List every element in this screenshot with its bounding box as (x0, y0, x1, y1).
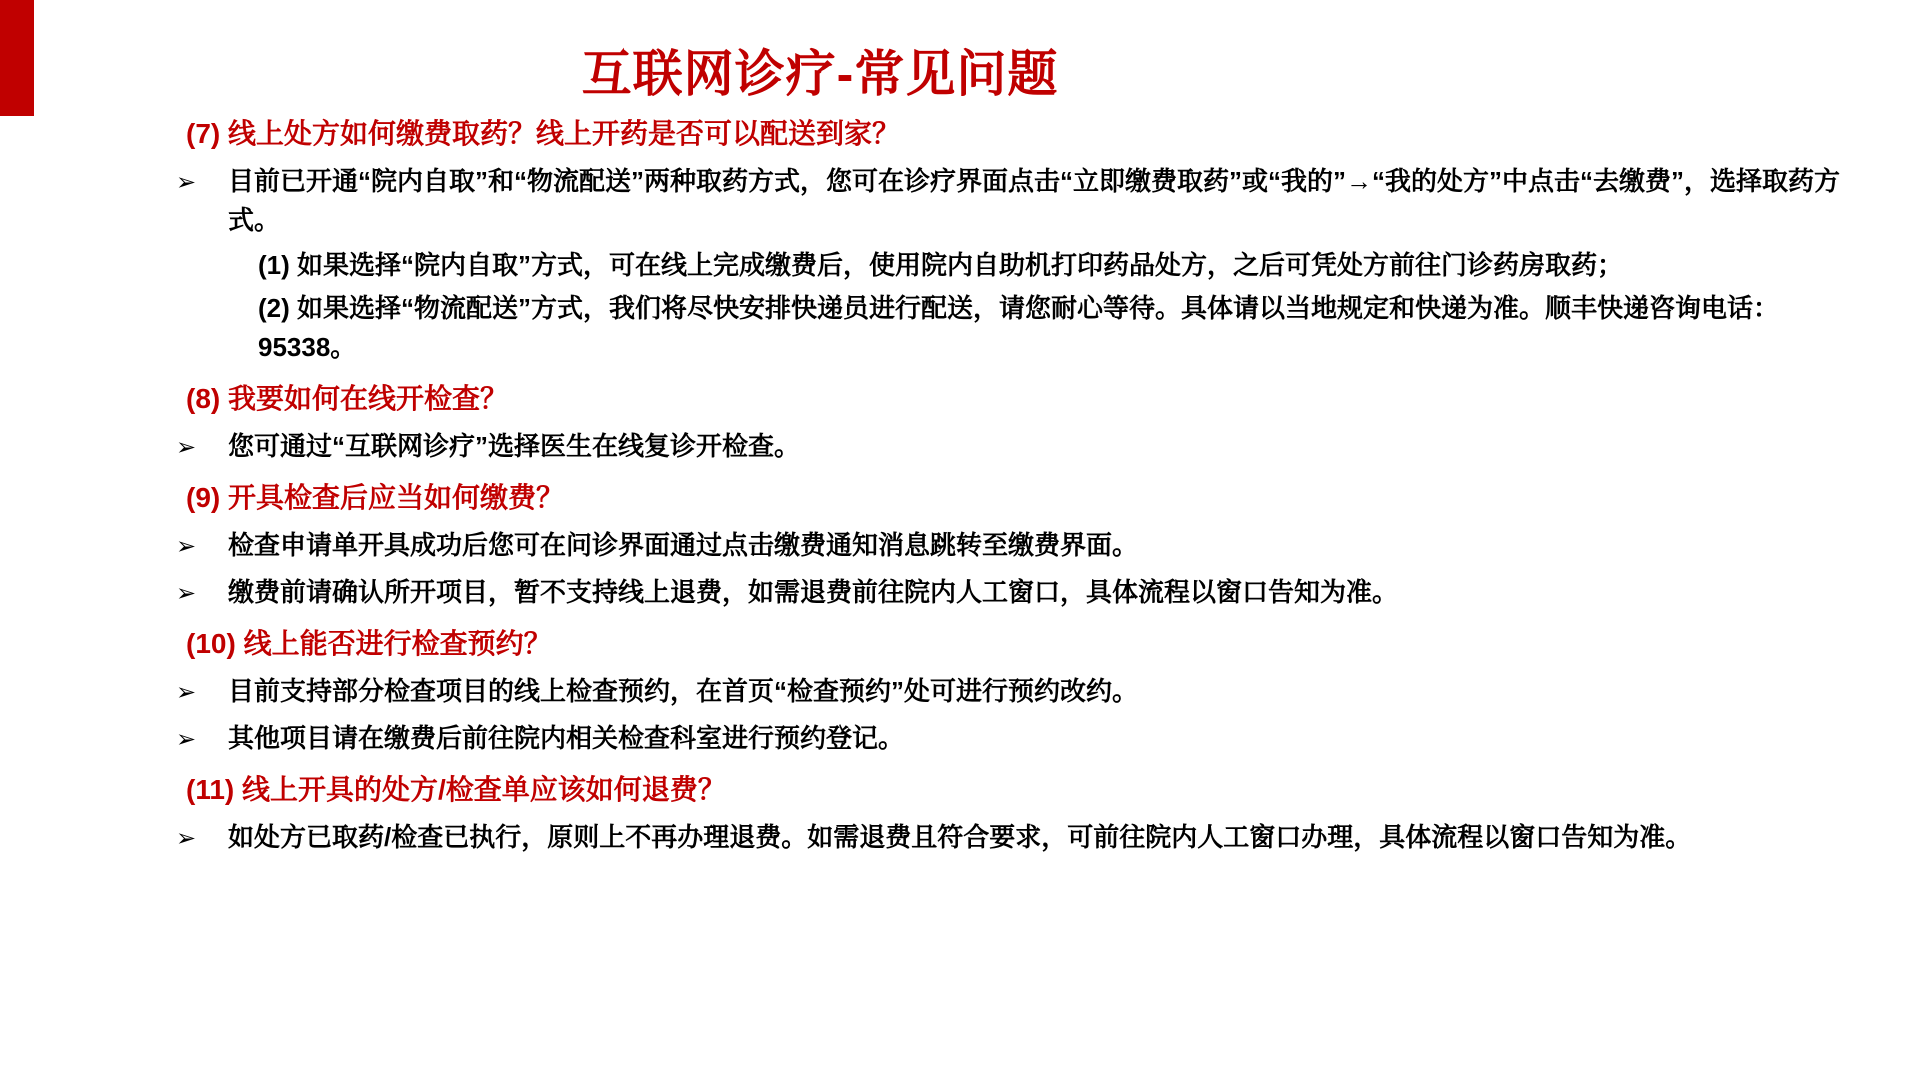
arrow-bullet-icon: ➢ (176, 527, 196, 566)
bullet-item: ➢ 其他项目请在缴费后前往院内相关检查科室进行预约登记。 (170, 719, 1876, 758)
arrow-bullet-icon: ➢ (176, 574, 196, 613)
bullet-text: 目前支持部分检查项目的线上检查预约，在首页“检查预约”处可进行预约改约。 (228, 676, 1138, 706)
bullet-text: 目前已开通“院内自取”和“物流配送”两种取药方式，您可在诊疗界面点击“立即缴费取… (228, 166, 1840, 235)
bullet-text: 检查申请单开具成功后您可在问诊界面通过点击缴费通知消息跳转至缴费界面。 (228, 530, 1138, 560)
bullet-item: ➢ 如处方已取药/检查已执行，原则上不再办理退费。如需退费且符合要求，可前往院内… (170, 818, 1876, 857)
bullet-text: 您可通过“互联网诊疗”选择医生在线复诊开检查。 (228, 431, 800, 461)
sub-item-1: (1) 如果选择“院内自取”方式，可在线上完成缴费后，使用院内自助机打印药品处方… (170, 246, 1876, 285)
question-heading-11: (11) 线上开具的处方/检查单应该如何退费？ (186, 770, 1876, 810)
bullet-text: 如处方已取药/检查已执行，原则上不再办理退费。如需退费且符合要求，可前往院内人工… (228, 822, 1691, 852)
arrow-bullet-icon: ➢ (176, 720, 196, 759)
bullet-text: 其他项目请在缴费后前往院内相关检查科室进行预约登记。 (228, 723, 904, 753)
bullet-item: ➢ 目前已开通“院内自取”和“物流配送”两种取药方式，您可在诊疗界面点击“立即缴… (170, 162, 1876, 240)
question-heading-9: (9) 开具检查后应当如何缴费？ (186, 478, 1876, 518)
page-title: 互联网诊疗-常见问题 (0, 34, 1640, 106)
bullet-item: ➢ 您可通过“互联网诊疗”选择医生在线复诊开检查。 (170, 427, 1876, 466)
question-heading-10: (10) 线上能否进行检查预约？ (186, 624, 1876, 664)
faq-content: (7) 线上处方如何缴费取药？线上开药是否可以配送到家？ ➢ 目前已开通“院内自… (170, 102, 1876, 863)
question-heading-8: (8) 我要如何在线开检查？ (186, 379, 1876, 419)
bullet-item: ➢ 缴费前请确认所开项目，暂不支持线上退费，如需退费前往院内人工窗口，具体流程以… (170, 573, 1876, 612)
question-heading-7: (7) 线上处方如何缴费取药？线上开药是否可以配送到家？ (186, 114, 1876, 154)
arrow-bullet-icon: ➢ (176, 428, 196, 467)
faq-slide: 互联网诊疗-常见问题 (7) 线上处方如何缴费取药？线上开药是否可以配送到家？ … (0, 0, 1920, 1080)
bullet-item: ➢ 目前支持部分检查项目的线上检查预约，在首页“检查预约”处可进行预约改约。 (170, 672, 1876, 711)
bullet-text: 缴费前请确认所开项目，暂不支持线上退费，如需退费前往院内人工窗口，具体流程以窗口… (228, 577, 1398, 607)
arrow-bullet-icon: ➢ (176, 819, 196, 858)
arrow-bullet-icon: ➢ (176, 163, 196, 202)
bullet-item: ➢ 检查申请单开具成功后您可在问诊界面通过点击缴费通知消息跳转至缴费界面。 (170, 526, 1876, 565)
arrow-bullet-icon: ➢ (176, 673, 196, 712)
sub-item-2: (2) 如果选择“物流配送”方式，我们将尽快安排快递员进行配送，请您耐心等待。具… (170, 289, 1876, 367)
